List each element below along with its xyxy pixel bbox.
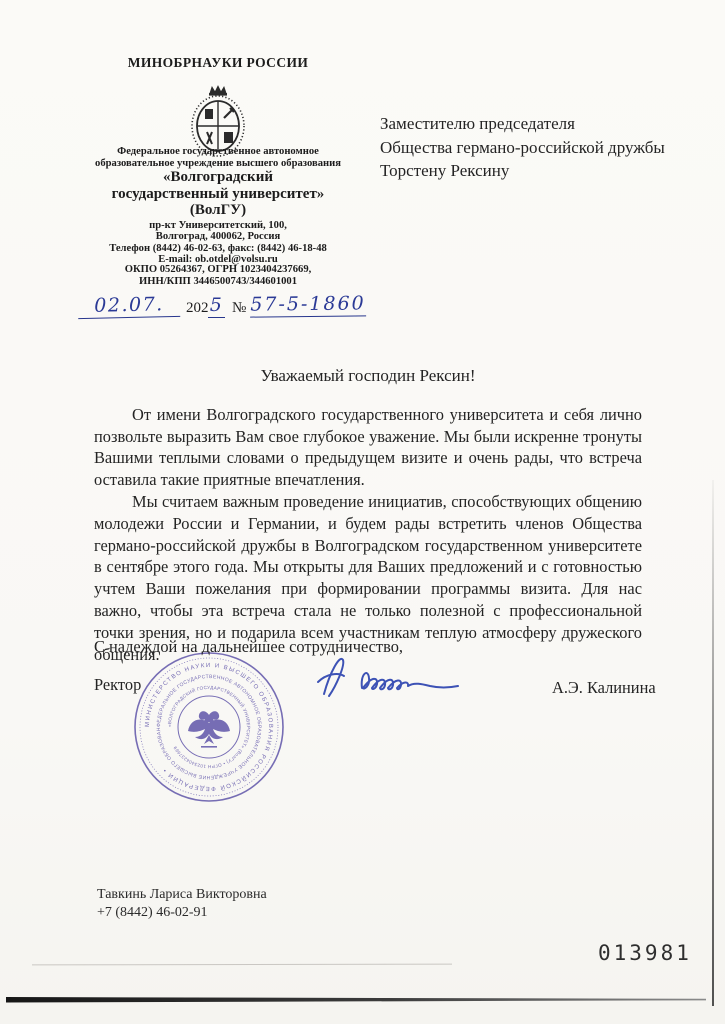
recipient-name: Торстену Рексину — [380, 159, 665, 183]
number-sign: № — [232, 300, 246, 317]
recipient-block: Заместителю председателя Общества герман… — [380, 112, 665, 183]
salutation: Уважаемый господин Рексин! — [94, 365, 642, 387]
org-name: «Волгоградский государственный университ… — [58, 169, 378, 219]
org-type-line: образовательное учреждение высшего образ… — [58, 158, 378, 170]
org-abbreviation: (ВолГУ) — [58, 202, 378, 219]
executor-phone: +7 (8442) 46-02-91 — [97, 904, 267, 922]
scan-artifact-faint-line — [32, 964, 452, 966]
signer-name: А.Э. Калинина — [552, 678, 656, 698]
official-round-stamp: МИНИСТЕРСТВО НАУКИ И ВЫСШЕГО ОБРАЗОВАНИЯ… — [130, 648, 288, 806]
org-address-line: пр-кт Университетский, 100, — [58, 220, 378, 231]
handwritten-year-digit: 5 — [208, 294, 225, 318]
scanned-letter-page: МИНОБРНАУКИ РОССИИ Федеральн — [0, 0, 725, 1024]
recipient-title: Заместителю председателя — [380, 112, 665, 136]
scan-artifact-bottom-edge — [6, 996, 706, 1003]
printed-year-prefix: 202 — [186, 300, 209, 317]
ministry-header: МИНОБРНАУКИ РОССИИ — [58, 55, 378, 71]
handwritten-doc-number: 57-5-1860 — [250, 292, 366, 317]
paragraph: От имени Волгоградского государственного… — [94, 404, 642, 491]
double-headed-eagle-icon — [188, 711, 230, 747]
handwritten-date: 02.07. — [78, 293, 180, 319]
org-phone-line: Телефон (8442) 46-02-63, факс: (8442) 46… — [58, 243, 378, 254]
org-type: Федеральное государственное автономное о… — [58, 146, 378, 169]
recipient-organization: Общества германо-российской дружбы — [380, 136, 665, 160]
registration-stamp-number: 013981 — [598, 941, 692, 965]
executor-contact-block: Тавкинь Лариса Викторовна +7 (8442) 46-0… — [97, 886, 267, 921]
org-contacts: пр-кт Университетский, 100, Волгоград, 4… — [58, 220, 378, 265]
org-okpo-ogrn-line: ОКПО 05264367, ОГРН 1023404237669, — [58, 264, 378, 276]
executor-name: Тавкинь Лариса Викторовна — [97, 886, 267, 904]
letter-body: Уважаемый господин Рексин! От имени Волг… — [94, 365, 642, 665]
org-name-line: государственный университет» — [58, 186, 378, 203]
org-address-line: Волгоград, 400062, Россия — [58, 231, 378, 242]
kalinina-handwritten-signature — [308, 646, 464, 706]
org-inn-kpp-line: ИНН/КПП 3446500743/344601001 — [58, 276, 378, 288]
org-codes: ОКПО 05264367, ОГРН 1023404237669, ИНН/К… — [58, 264, 378, 287]
scan-artifact-right-edge — [712, 480, 714, 1006]
org-name-line: «Волгоградский — [58, 169, 378, 186]
org-type-line: Федеральное государственное автономное — [58, 146, 378, 158]
